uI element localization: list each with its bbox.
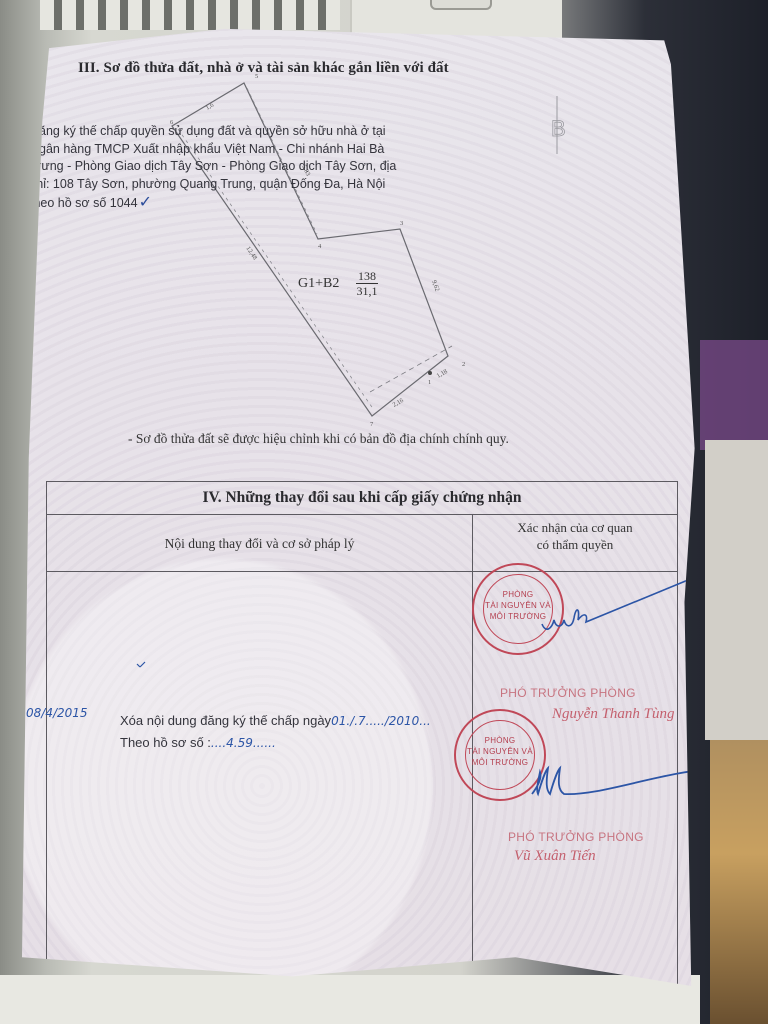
removal-line2-label: Theo hồ sơ số :: [120, 735, 211, 750]
plot-code: G1+B2: [298, 276, 339, 292]
stamp-1-line3: MÔI TRƯỜNG: [474, 611, 562, 622]
stamp-2-line1: PHÒNG: [456, 735, 544, 746]
vertex-3: 3: [400, 220, 403, 227]
removal-date-handwritten: 01./.7...../2010...: [331, 714, 431, 728]
section4-title: IV. Những thay đổi sau khi cấp giấy chứn…: [47, 482, 677, 515]
removal-line1: Xóa nội dung đăng ký thế chấp ngày01./.7…: [120, 710, 431, 732]
background-surface: [0, 975, 700, 1024]
official-stamp-1: PHÒNG TÀI NGUYÊN VÀ MÔI TRƯỜNG: [472, 563, 564, 655]
entry1-line: Đăng ký thế chấp quyền sử dụng đất và qu…: [30, 123, 442, 141]
stamp-2-text: PHÒNG TÀI NGUYÊN VÀ MÔI TRƯỜNG: [456, 735, 544, 768]
vertex-4: 4: [318, 243, 322, 250]
background-hand: [710, 740, 768, 1024]
background-fabric: [700, 340, 768, 450]
background-handle: [430, 0, 492, 10]
background-radiator: [40, 0, 340, 30]
official-2-title: PHÓ TRƯỞNG PHÒNG: [508, 830, 644, 844]
entry1-line: Trưng - Phòng Giao dịch Tây Sơn - Phòng …: [30, 158, 442, 176]
column-header-confirmation-line2: có thẩm quyền: [473, 536, 677, 553]
entry1-line: chỉ: 108 Tây Sơn, phường Quang Trung, qu…: [30, 176, 442, 194]
entry1-line: Ngân hàng TMCP Xuất nhập khẩu Việt Nam -…: [30, 141, 442, 159]
edge-length-6: 1,6: [205, 101, 216, 111]
entry1-line: theo hồ sơ số 1044✓: [30, 193, 442, 213]
checkmark-icon: ✓: [139, 192, 152, 211]
removal-line1-label: Xóa nội dung đăng ký thế chấp ngày: [120, 713, 331, 728]
plot-area: 31,1: [356, 284, 378, 298]
plot-area-fraction: 138 31,1: [356, 269, 378, 298]
removal-line2: Theo hồ sơ số :....4.59......: [120, 732, 431, 754]
removal-file-handwritten: ....4.59......: [211, 736, 276, 750]
vertex-7: 7: [370, 421, 374, 428]
edge-length-3: 9,62: [430, 279, 440, 292]
stamp-2-line2: TÀI NGUYÊN VÀ: [456, 746, 544, 757]
stamp-1-line2: TÀI NGUYÊN VÀ: [474, 600, 562, 611]
handwritten-date: 08/4/2015: [26, 706, 88, 720]
official-1-name: Nguyễn Thanh Tùng: [552, 706, 675, 723]
header-divider: [47, 571, 677, 572]
north-symbol: B: [551, 116, 566, 141]
stamp-1-line1: PHÒNG: [474, 589, 562, 600]
vertex-2: 2: [462, 361, 465, 368]
vertex-1: 1: [428, 379, 431, 386]
official-2-name: Vũ Xuân Tiến: [514, 848, 596, 865]
entry1-file-number: theo hồ sơ số 1044: [30, 196, 138, 210]
column-header-changes: Nội dung thay đổi và cơ sở pháp lý: [47, 515, 472, 573]
vertex-5: 5: [255, 73, 258, 80]
mortgage-removal-entry: Xóa nội dung đăng ký thế chấp ngày01./.7…: [120, 710, 431, 754]
land-plot-diagram: 5 6 4 3 2 1 7 12,48 5,83 9,62 2,16 1,18 …: [22, 26, 698, 446]
official-1-title: PHÓ TRƯỞNG PHÒNG: [500, 686, 636, 700]
mortgage-registration-entry: Đăng ký thế chấp quyền sử dụng đất và qu…: [30, 123, 442, 213]
column-header-confirmation-line1: Xác nhận của cơ quan: [473, 519, 677, 536]
plot-number: 138: [356, 269, 378, 284]
plot-note: - Sơ đồ thửa đất sẽ được hiệu chỉnh khi …: [128, 431, 509, 447]
north-arrow-icon: B: [542, 96, 572, 156]
stamp-1-text: PHÒNG TÀI NGUYÊN VÀ MÔI TRƯỜNG: [474, 589, 562, 622]
certificate-page: III. Sơ đồ thửa đất, nhà ở và tài sản kh…: [22, 26, 698, 986]
stamp-2-line3: MÔI TRƯỜNG: [456, 757, 544, 768]
official-stamp-2: PHÒNG TÀI NGUYÊN VÀ MÔI TRƯỜNG: [454, 709, 546, 801]
edge-length-5: 1,18: [436, 368, 449, 380]
background-cloth: [705, 440, 768, 740]
column-header-confirmation: Xác nhận của cơ quan có thẩm quyền: [473, 519, 677, 553]
